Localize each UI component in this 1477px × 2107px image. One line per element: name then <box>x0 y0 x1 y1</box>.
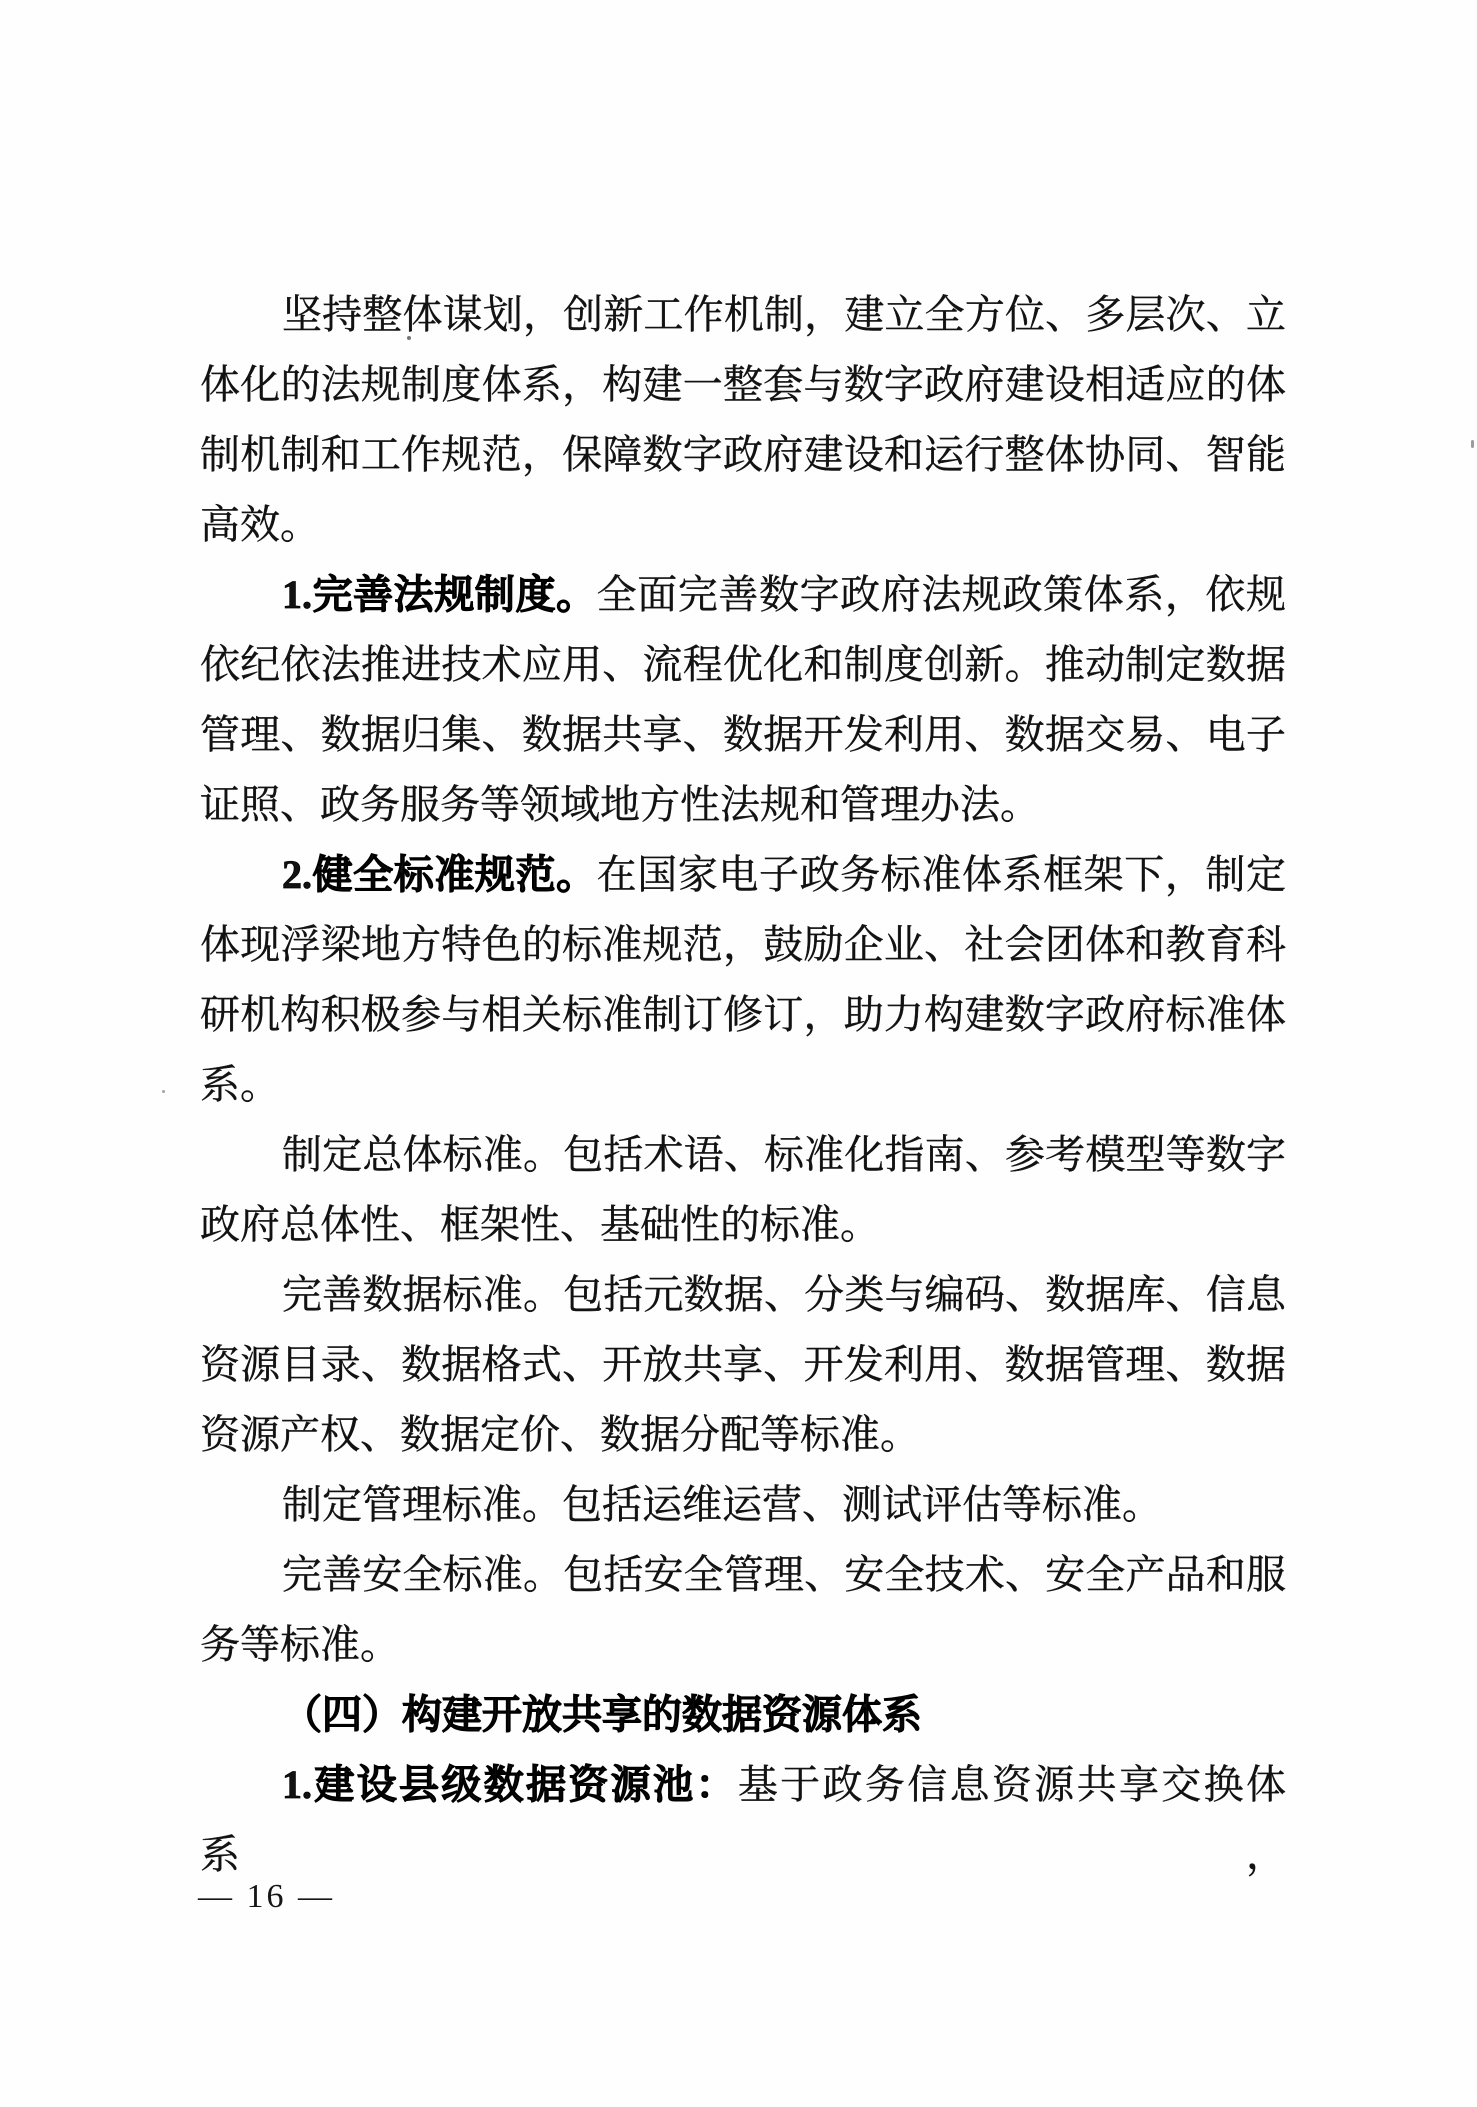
text-line: 政府总体性、框架性、基础性的标准。 <box>200 1190 1286 1260</box>
scan-speck <box>687 816 691 820</box>
document-body: 坚持整体谋划，创新工作机制，建立全方位、多层次、立体化的法规制度体系，构建一整套… <box>200 280 1286 1820</box>
text-line: 完善数据标准。包括元数据、分类与编码、数据库、信息 <box>200 1260 1286 1330</box>
scan-speck <box>407 336 411 340</box>
text-line: 1.建设县级数据资源池：基于政务信息资源共享交换体系， <box>200 1750 1286 1820</box>
document-page: 坚持整体谋划，创新工作机制，建立全方位、多层次、立体化的法规制度体系，构建一整套… <box>0 0 1477 2107</box>
text-line: 资源产权、数据定价、数据分配等标准。 <box>200 1400 1286 1470</box>
text-line: 体化的法规制度体系，构建一整套与数字政府建设相适应的体 <box>200 350 1286 420</box>
text-line: 系。 <box>200 1050 1286 1120</box>
text-line: 依纪依法推进技术应用、流程优化和制度创新。推动制定数据 <box>200 630 1286 700</box>
text-line: 坚持整体谋划，创新工作机制，建立全方位、多层次、立 <box>200 280 1286 350</box>
bold-run: 1.完善法规制度。 <box>282 572 597 617</box>
scan-speck <box>162 1090 165 1093</box>
text-line: 务等标准。 <box>200 1610 1286 1680</box>
text-line: 体现浮梁地方特色的标准规范，鼓励企业、社会团体和教育科 <box>200 910 1286 980</box>
scan-speck <box>1471 440 1474 448</box>
bold-run: 1.建设县级数据资源池： <box>282 1762 738 1807</box>
text-line: （四）构建开放共享的数据资源体系 <box>200 1680 1286 1750</box>
bold-run: 2.健全标准规范。 <box>282 852 597 897</box>
text-line: 1.完善法规制度。全面完善数字政府法规政策体系，依规 <box>200 560 1286 630</box>
text-line: 高效。 <box>200 490 1286 560</box>
text-line: 制机制和工作规范，保障数字政府建设和运行整体协同、智能 <box>200 420 1286 490</box>
text-line: 2.健全标准规范。在国家电子政务标准体系框架下，制定 <box>200 840 1286 910</box>
text-line: 完善安全标准。包括安全管理、安全技术、安全产品和服 <box>200 1540 1286 1610</box>
page-number: — 16 — <box>198 1878 335 1916</box>
text-line: 管理、数据归集、数据共享、数据开发利用、数据交易、电子 <box>200 700 1286 770</box>
text-line: 资源目录、数据格式、开放共享、开发利用、数据管理、数据 <box>200 1330 1286 1400</box>
text-line: 制定总体标准。包括术语、标准化指南、参考模型等数字 <box>200 1120 1286 1190</box>
text-line: 制定管理标准。包括运维运营、测试评估等标准。 <box>200 1470 1286 1540</box>
text-line: 研机构积极参与相关标准制订修订，助力构建数字政府标准体 <box>200 980 1286 1050</box>
text-line: 证照、政务服务等领域地方性法规和管理办法。 <box>200 770 1286 840</box>
bold-run: （四）构建开放共享的数据资源体系 <box>282 1692 922 1737</box>
